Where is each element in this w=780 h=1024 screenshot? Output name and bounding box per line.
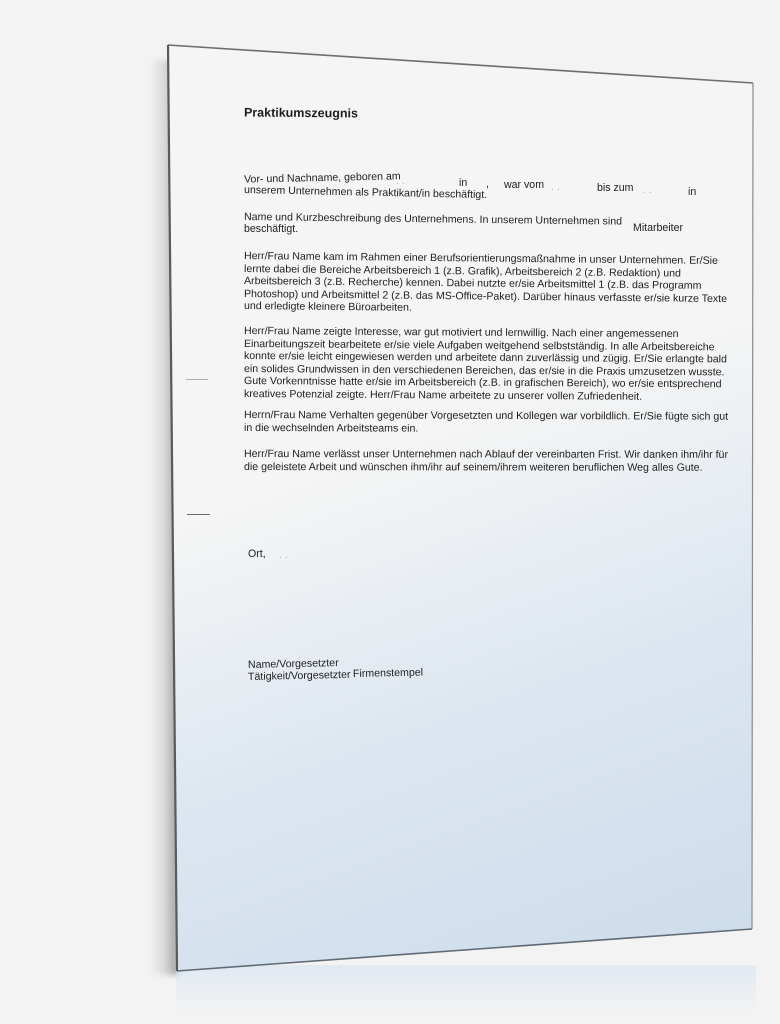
date-blank: . . [279,549,288,561]
document-title: Praktikumszeugnis [244,107,358,120]
end-date-blank: . . [643,184,652,196]
company-line-1: Name und Kurzbeschreibung des Unternehme… [244,211,622,228]
company-stamp: Firmenstempel [353,667,423,681]
company-line-2: beschäftigt. [244,223,298,235]
paragraph-line: kreatives Potenzial zeigte. Herr/Frau Na… [244,388,642,403]
fold-mark [186,379,208,380]
start-date-blank: . . [551,181,560,193]
intro-bis-zum: bis zum [597,182,634,194]
paragraph-line: Herrn/Frau Name Verhalten gegenüber Vorg… [244,409,728,423]
paragraph-line: in die wechselnden Arbeitsteams ein. [244,422,418,435]
paragraph-line: Herr/Frau Name verlässt unser Unternehme… [244,448,728,461]
paragraph-line: und erledigte kleinere Büroarbeiten. [244,300,412,314]
intro-line-2: unserem Unternehmen als Praktikant/in be… [244,184,487,201]
page-reflection [176,965,756,1015]
company-employees: Mitarbeiter [633,222,683,234]
signature-role: Tätigkeit/Vorgesetzter [248,669,351,684]
intro-in-2: in [688,186,696,198]
intro-war-vom: war vom [504,179,544,191]
paragraph-line: die geleistete Arbeit und wünschen ihm/i… [244,461,703,474]
document-page: Praktikumszeugnis Vor- und Nachname, geb… [0,0,780,1024]
birth-date-blank: . . [396,175,405,187]
punch-mark [187,514,210,515]
place-label: Ort, [248,548,266,560]
